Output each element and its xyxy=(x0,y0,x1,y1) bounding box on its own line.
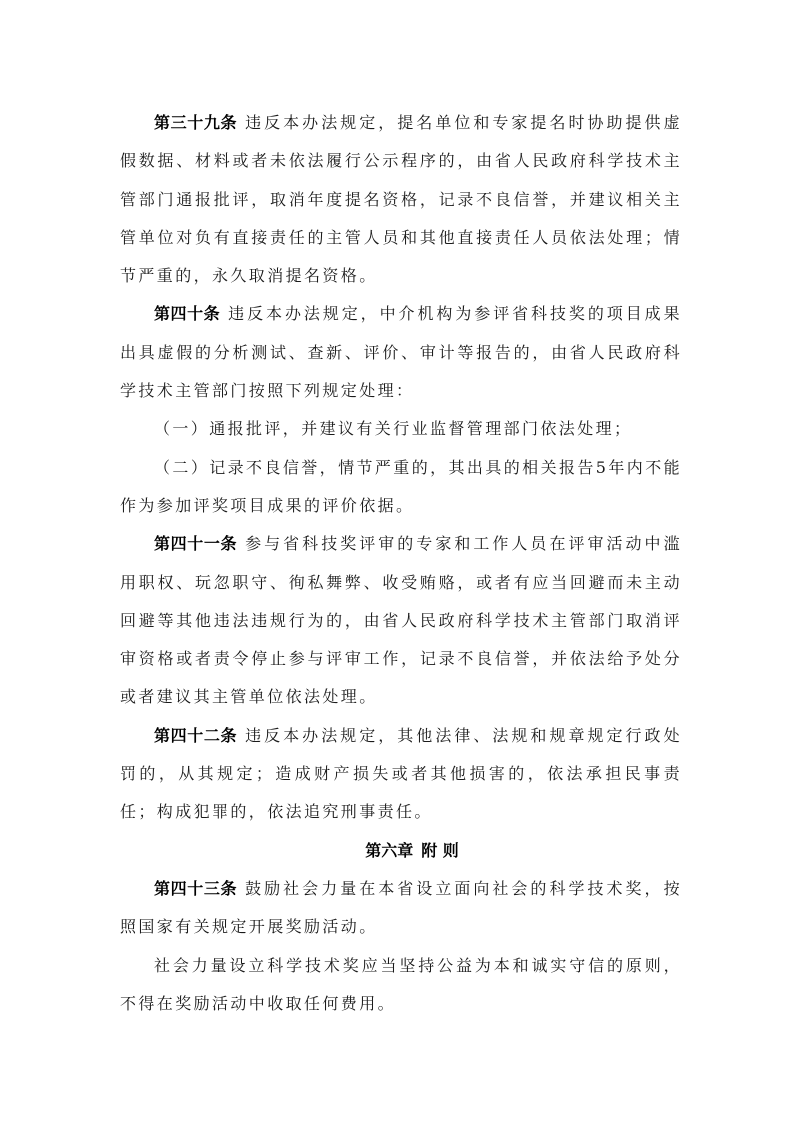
article-label: 第四十条 xyxy=(154,304,220,323)
closing-paragraph: 社会力量设立科学技术奖应当坚持公益为本和诚实守信的原则，不得在奖励活动中收取任何… xyxy=(120,947,682,1024)
chapter-heading: 第六章附 则 xyxy=(120,832,682,870)
article-text: 违反本办法规定，提名单位和专家提名时协助提供虚假数据、材料或者未依法履行公示程序… xyxy=(120,113,682,285)
article-text: 参与省科技奖评审的专家和工作人员在评审活动中滥用职权、玩忽职守、徇私舞弊、收受贿… xyxy=(120,534,682,706)
article-43: 第四十三条鼓励社会力量在本省设立面向社会的科学技术奖，按照国家有关规定开展奖励活… xyxy=(120,870,682,947)
article-label: 第四十二条 xyxy=(154,726,237,745)
article-40: 第四十条违反本办法规定，中介机构为参评省科技奖的项目成果出具虚假的分析测试、查新… xyxy=(120,295,682,410)
document-page: 第三十九条违反本办法规定，提名单位和专家提名时协助提供虚假数据、材料或者未依法履… xyxy=(120,104,682,1023)
article-40-item-2: （二）记录不良信誉，情节严重的，其出具的相关报告5年内不能作为参加评奖项目成果的… xyxy=(120,449,682,526)
article-label: 第三十九条 xyxy=(154,113,237,132)
article-41: 第四十一条参与省科技奖评审的专家和工作人员在评审活动中滥用职权、玩忽职守、徇私舞… xyxy=(120,525,682,716)
chapter-title: 附 则 xyxy=(421,841,459,860)
article-label: 第四十一条 xyxy=(154,534,237,553)
article-42: 第四十二条违反本办法规定，其他法律、法规和规章规定行政处罚的，从其规定；造成财产… xyxy=(120,717,682,832)
chapter-number: 第六章 xyxy=(365,841,413,860)
article-40-item-1: （一）通报批评，并建议有关行业监督管理部门依法处理； xyxy=(120,410,682,448)
article-39: 第三十九条违反本办法规定，提名单位和专家提名时协助提供虚假数据、材料或者未依法履… xyxy=(120,104,682,295)
article-label: 第四十三条 xyxy=(154,879,237,898)
